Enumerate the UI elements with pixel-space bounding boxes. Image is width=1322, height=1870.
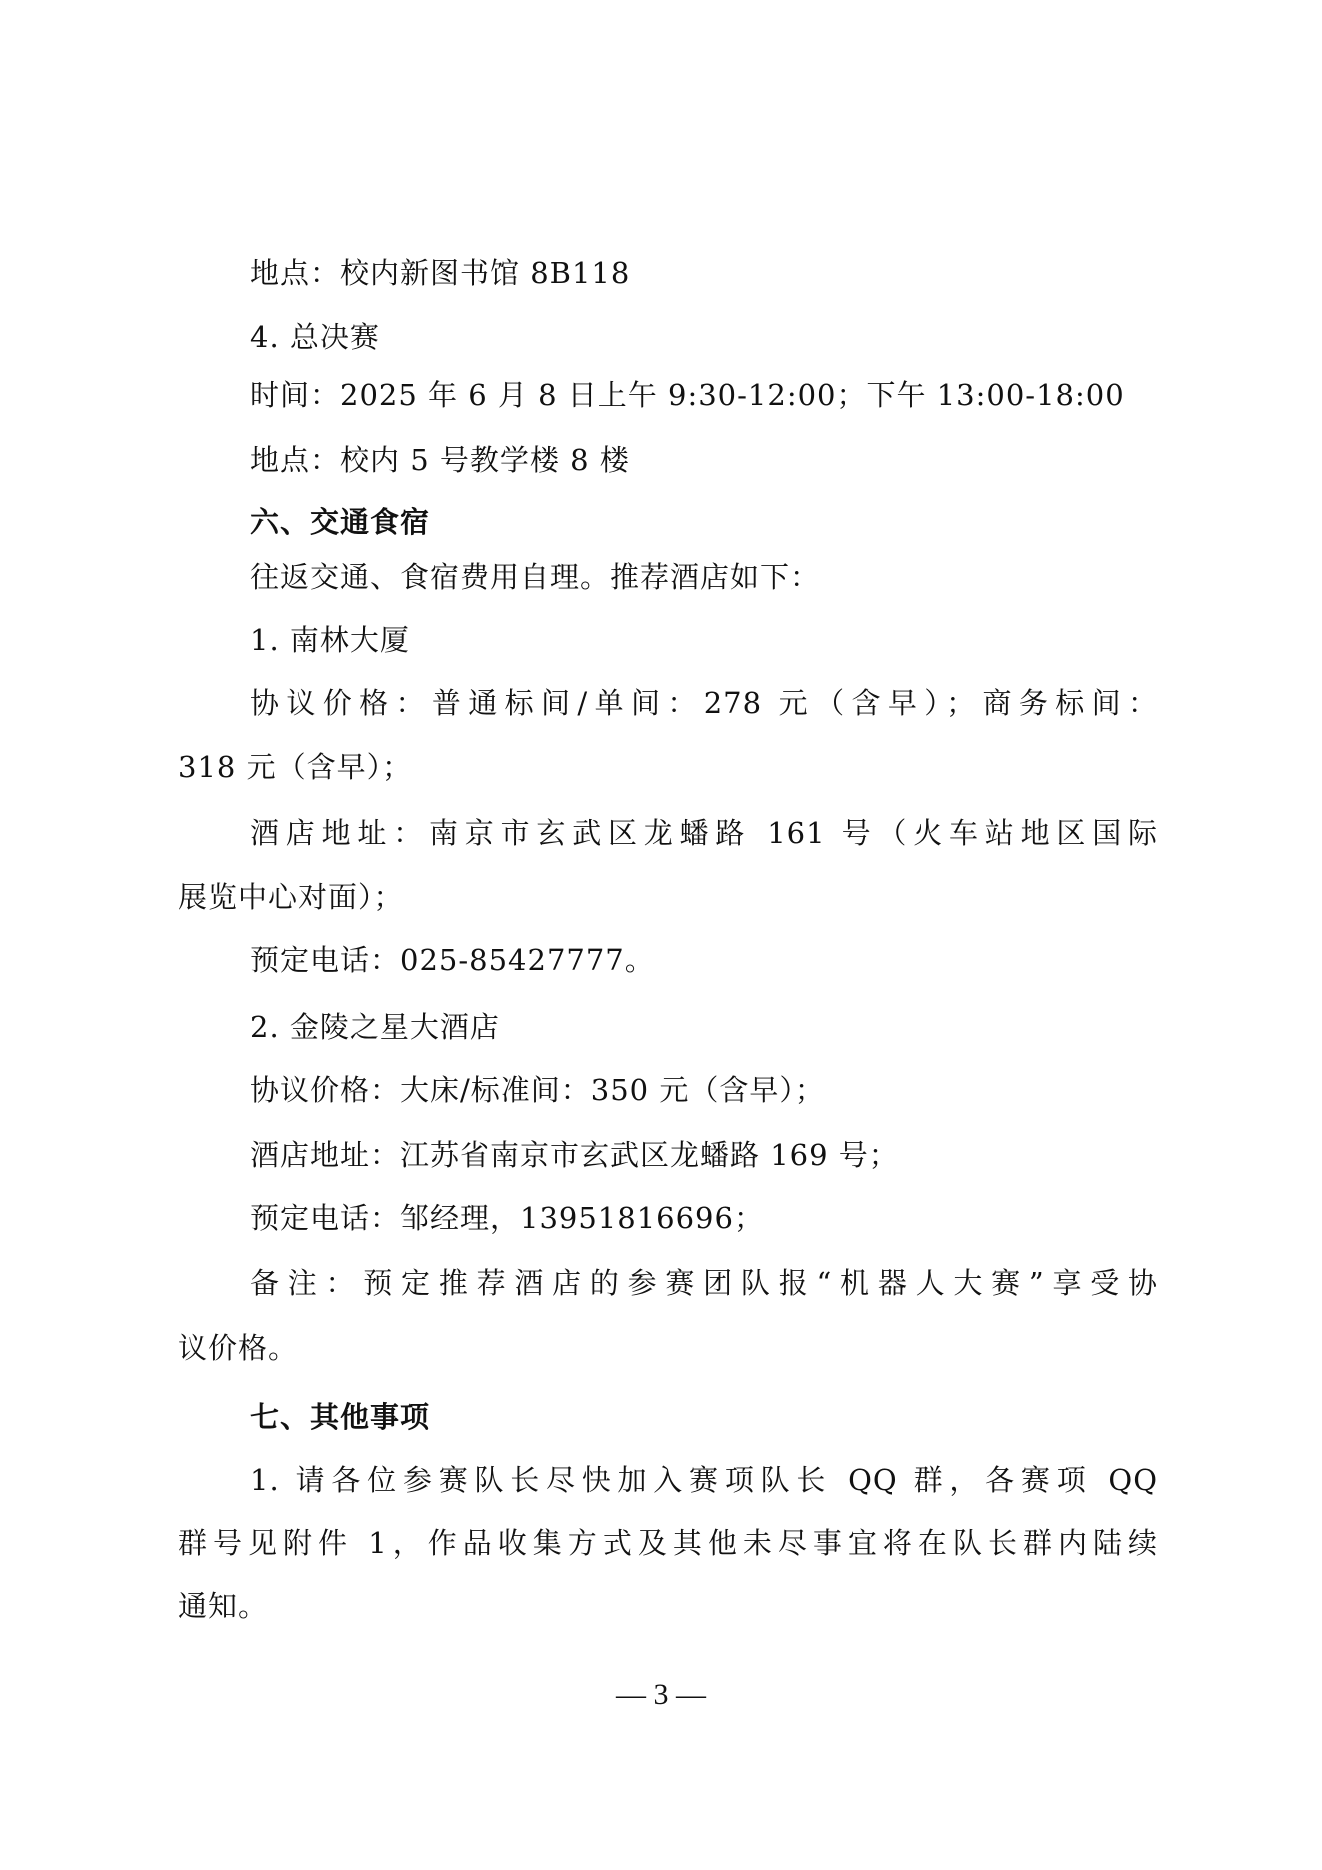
- section-heading: 六、交通食宿: [250, 500, 430, 544]
- document-page: 地点：校内新图书馆 8B118 4. 总决赛 时间：2025 年 6 月 8 日…: [0, 0, 1322, 1870]
- page-number: — 3 —: [561, 1675, 761, 1715]
- text-line: 318 元（含早）；: [178, 745, 412, 789]
- text-line: 群号见附件 1，作品收集方式及其他未尽事宜将在队长群内陆续: [178, 1521, 1158, 1565]
- text-line: 地点：校内新图书馆 8B118: [250, 251, 630, 295]
- text-line: 地点：校内 5 号教学楼 8 楼: [250, 438, 630, 482]
- text-line: 1. 南林大厦: [250, 618, 410, 662]
- text-line: 2. 金陵之星大酒店: [250, 1005, 500, 1049]
- text-line: 酒店地址：南京市玄武区龙蟠路 161 号（火车站地区国际: [250, 811, 1158, 855]
- text-line: 备注：预定推荐酒店的参赛团队报“机器人大赛”享受协: [250, 1261, 1158, 1305]
- text-line: 酒店地址：江苏省南京市玄武区龙蟠路 169 号；: [250, 1133, 899, 1177]
- text-line: 往返交通、食宿费用自理。推荐酒店如下：: [250, 555, 820, 599]
- text-line: 时间：2025 年 6 月 8 日上午 9:30-12:00；下午 13:00-…: [250, 373, 1125, 417]
- text-line: 展览中心对面）；: [178, 875, 404, 919]
- text-line: 4. 总决赛: [250, 315, 380, 359]
- text-line: 通知。: [178, 1584, 268, 1628]
- text-line: 预定电话：邹经理，13951816696；: [250, 1196, 764, 1240]
- text-line: 协议价格：大床/标准间：350 元（含早）；: [250, 1068, 825, 1112]
- text-line: 议价格。: [178, 1326, 298, 1370]
- text-line: 协议价格：普通标间/单间：278 元（含早）；商务标间：: [250, 681, 1158, 725]
- text-line: 1. 请各位参赛队长尽快加入赛项队长 QQ 群，各赛项 QQ: [250, 1458, 1158, 1502]
- section-heading: 七、其他事项: [250, 1395, 430, 1439]
- text-line: 预定电话：025-85427777。: [250, 938, 655, 982]
